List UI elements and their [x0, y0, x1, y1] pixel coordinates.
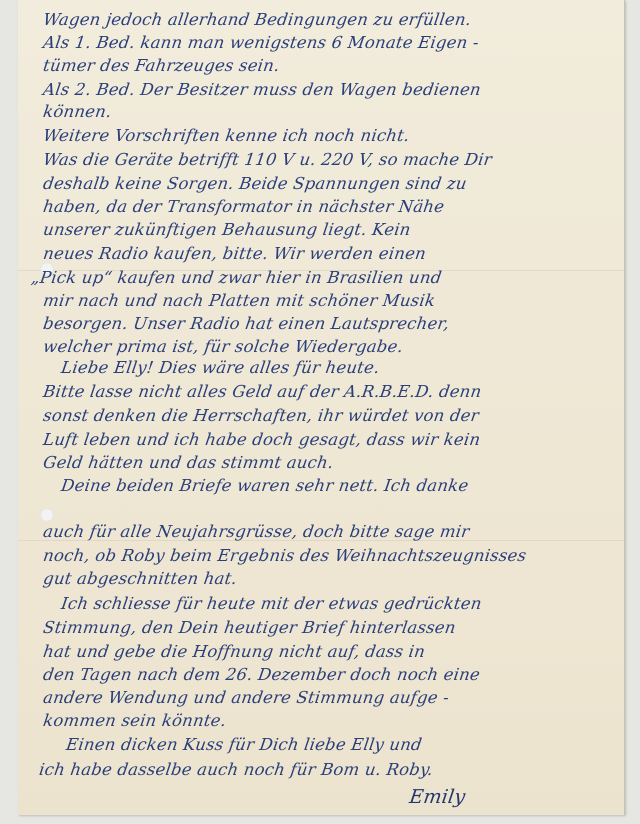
- handwritten-line: tümer des Fahrzeuges sein.: [42, 56, 281, 75]
- scanned-page: Wagen jedoch allerhand Bedingungen zu er…: [0, 0, 640, 824]
- handwritten-line: Stimmung, den Dein heutiger Brief hinter…: [42, 618, 457, 637]
- handwritten-line: unserer zukünftigen Behausung liegt. Kei…: [42, 220, 412, 239]
- handwritten-line: Als 1. Bed. kann man wenigstens 6 Monate…: [42, 33, 480, 52]
- punch-hole-icon: [40, 508, 54, 522]
- handwritten-line: Weitere Vorschriften kenne ich noch nich…: [42, 126, 411, 145]
- handwritten-line: haben, da der Transformator in nächster …: [42, 197, 446, 216]
- handwritten-line: auch für alle Neujahrsgrüsse, doch bitte…: [42, 522, 471, 541]
- handwritten-line: neues Radio kaufen, bitte. Wir werden ei…: [42, 244, 427, 263]
- handwritten-line: Ich schliesse für heute mit der etwas ge…: [60, 594, 483, 613]
- handwritten-line: Als 2. Bed. Der Besitzer muss den Wagen …: [42, 80, 482, 99]
- handwritten-line: Geld hätten und das stimmt auch.: [42, 453, 335, 472]
- handwritten-line: deshalb keine Sorgen. Beide Spannungen s…: [42, 174, 468, 193]
- handwritten-line: Luft leben und ich habe doch gesagt, das…: [42, 430, 482, 449]
- handwritten-line: Wagen jedoch allerhand Bedingungen zu er…: [42, 10, 473, 29]
- handwritten-line: „Pick up“ kaufen und zwar hier in Brasil…: [30, 268, 443, 287]
- handwritten-line: hat und gebe die Hoffnung nicht auf, das…: [42, 642, 426, 661]
- signature: Emily: [408, 786, 467, 808]
- handwritten-line: mir nach und nach Platten mit schöner Mu…: [42, 291, 437, 310]
- handwritten-line: kommen sein könnte.: [42, 711, 228, 730]
- handwritten-line: noch, ob Roby beim Ergebnis des Weihnach…: [42, 546, 528, 565]
- handwritten-line: gut abgeschnitten hat.: [42, 569, 238, 588]
- handwritten-line: können.: [42, 102, 113, 121]
- handwritten-line: den Tagen nach dem 26. Dezember doch noc…: [42, 665, 481, 684]
- handwritten-line: ich habe dasselbe auch noch für Bom u. R…: [38, 760, 434, 779]
- handwritten-line: besorgen. Unser Radio hat einen Lautspre…: [42, 314, 451, 333]
- handwritten-line: Deine beiden Briefe waren sehr nett. Ich…: [60, 476, 470, 495]
- handwritten-line: Liebe Elly! Dies wäre alles für heute.: [60, 358, 381, 377]
- handwritten-line: Was die Geräte betrifft 110 V u. 220 V, …: [42, 150, 493, 169]
- handwritten-line: sonst denken die Herrschaften, ihr würde…: [42, 406, 480, 425]
- handwritten-line: Einen dicken Kuss für Dich liebe Elly un…: [65, 735, 423, 754]
- handwritten-line: welcher prima ist, für solche Wiedergabe…: [42, 337, 404, 356]
- handwritten-line: Bitte lasse nicht alles Geld auf der A.R…: [42, 382, 483, 401]
- handwritten-line: andere Wendung und andere Stimmung aufge…: [42, 688, 450, 707]
